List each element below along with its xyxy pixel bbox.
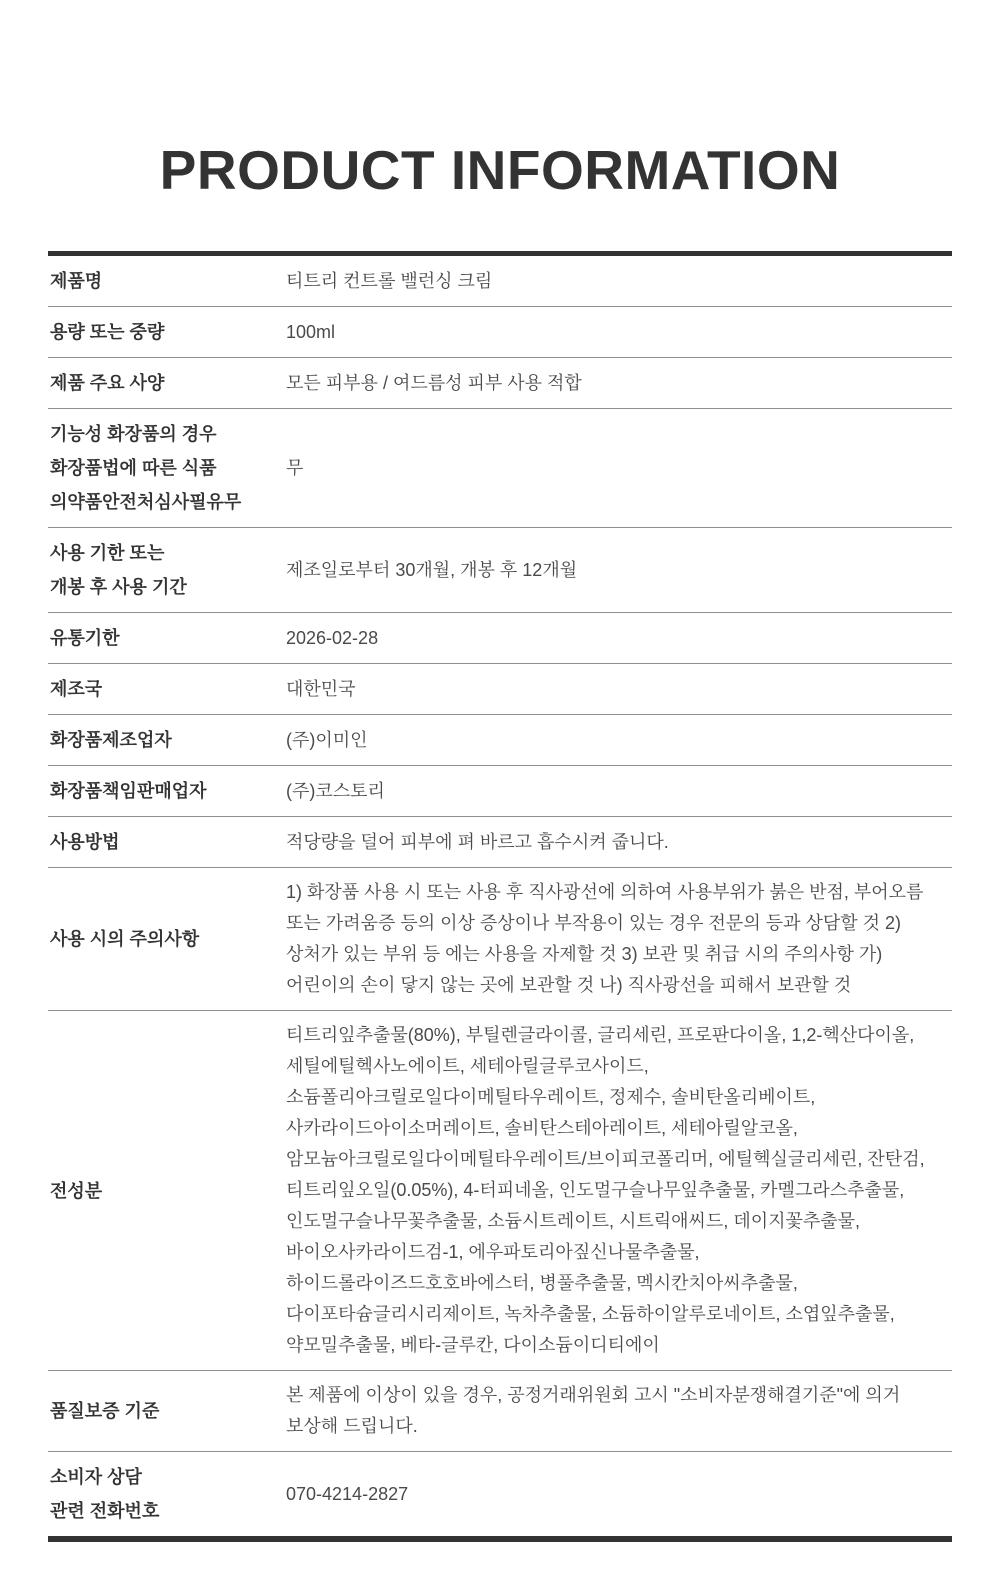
table-row-shelf-life: 사용 기한 또는 개봉 후 사용 기간 제조일로부터 30개월, 개봉 후 12… <box>48 528 952 613</box>
row-label: 소비자 상담 관련 전화번호 <box>48 1452 286 1540</box>
row-value: 본 제품에 이상이 있을 경우, 공정거래위원회 고시 "소비자분쟁해결기준"에… <box>286 1371 952 1452</box>
table-row-volume: 용량 또는 중량 100ml <box>48 307 952 358</box>
row-label: 유통기한 <box>48 613 286 664</box>
table-row-product-name: 제품명 티트리 컨트롤 밸런싱 크림 <box>48 254 952 307</box>
row-label: 제품명 <box>48 254 286 307</box>
table-row-expiry-date: 유통기한 2026-02-28 <box>48 613 952 664</box>
row-label: 용량 또는 중량 <box>48 307 286 358</box>
table-row-seller: 화장품책임판매업자 (주)코스토리 <box>48 766 952 817</box>
table-row-customer-service: 소비자 상담 관련 전화번호 070-4214-2827 <box>48 1452 952 1540</box>
row-value: 대한민국 <box>286 664 952 715</box>
table-row-country: 제조국 대한민국 <box>48 664 952 715</box>
row-label: 품질보증 기준 <box>48 1371 286 1452</box>
row-value: (주)이미인 <box>286 715 952 766</box>
row-value: 제조일로부터 30개월, 개봉 후 12개월 <box>286 528 952 613</box>
row-label: 제조국 <box>48 664 286 715</box>
row-label: 전성분 <box>48 1011 286 1371</box>
row-label: 기능성 화장품의 경우 화장품법에 따른 식품 의약품안전처심사필유무 <box>48 409 286 528</box>
row-value: 100ml <box>286 307 952 358</box>
table-row-functional-review: 기능성 화장품의 경우 화장품법에 따른 식품 의약품안전처심사필유무 무 <box>48 409 952 528</box>
row-value: 티트리잎추출물(80%), 부틸렌글라이콜, 글리세린, 프로판다이올, 1,2… <box>286 1011 952 1371</box>
row-value: 070-4214-2827 <box>286 1452 952 1540</box>
row-value: (주)코스토리 <box>286 766 952 817</box>
table-row-usage: 사용방법 적당량을 덜어 피부에 펴 바르고 흡수시켜 줍니다. <box>48 817 952 868</box>
row-value: 1) 화장품 사용 시 또는 사용 후 직사광선에 의하여 사용부위가 붉은 반… <box>286 868 952 1011</box>
row-value: 적당량을 덜어 피부에 펴 바르고 흡수시켜 줍니다. <box>286 817 952 868</box>
table-row-precautions: 사용 시의 주의사항 1) 화장품 사용 시 또는 사용 후 직사광선에 의하여… <box>48 868 952 1011</box>
row-label: 화장품책임판매업자 <box>48 766 286 817</box>
row-label: 사용 기한 또는 개봉 후 사용 기간 <box>48 528 286 613</box>
table-row-specs: 제품 주요 사양 모든 피부용 / 여드름성 피부 사용 적합 <box>48 358 952 409</box>
row-value: 2026-02-28 <box>286 613 952 664</box>
row-label: 화장품제조업자 <box>48 715 286 766</box>
row-value: 티트리 컨트롤 밸런싱 크림 <box>286 254 952 307</box>
row-value: 모든 피부용 / 여드름성 피부 사용 적합 <box>286 358 952 409</box>
page-title: PRODUCT INFORMATION <box>0 138 1000 202</box>
row-label: 제품 주요 사양 <box>48 358 286 409</box>
row-label: 사용 시의 주의사항 <box>48 868 286 1011</box>
product-info-table: 제품명 티트리 컨트롤 밸런싱 크림 용량 또는 중량 100ml 제품 주요 … <box>48 251 952 1542</box>
table-row-manufacturer: 화장품제조업자 (주)이미인 <box>48 715 952 766</box>
row-value: 무 <box>286 409 952 528</box>
row-label: 사용방법 <box>48 817 286 868</box>
table-row-ingredients: 전성분 티트리잎추출물(80%), 부틸렌글라이콜, 글리세린, 프로판다이올,… <box>48 1011 952 1371</box>
table-row-warranty: 품질보증 기준 본 제품에 이상이 있을 경우, 공정거래위원회 고시 "소비자… <box>48 1371 952 1452</box>
